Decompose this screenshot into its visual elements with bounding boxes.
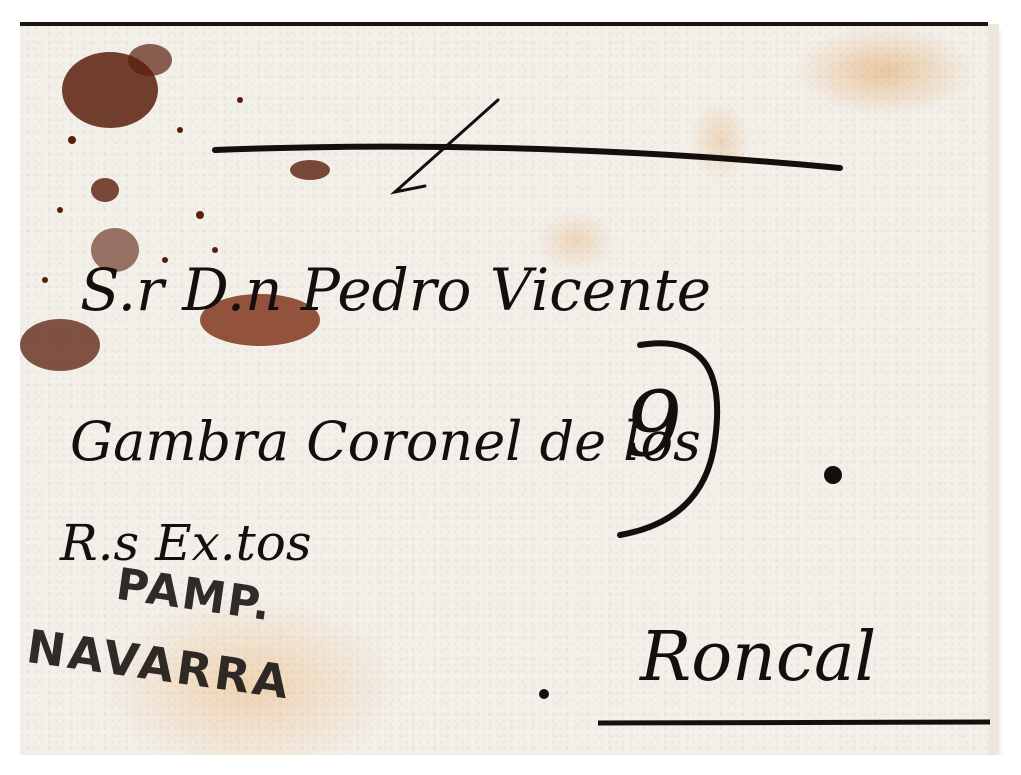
- ink-dot: [824, 466, 842, 484]
- photo-stage: 1 S.r D.n Pedro Vicente Gambra Coronel d…: [0, 0, 1021, 775]
- address-line-2: Gambra Coronel de los: [70, 410, 701, 473]
- charge-mark: 9: [620, 343, 717, 535]
- destination-underline: [598, 722, 990, 723]
- postmark-line-2: NAVARRA: [23, 619, 294, 710]
- rate-mark-text: 1: [470, 119, 471, 121]
- postmark: PAMP. NAVARRA: [23, 548, 304, 710]
- address-line-1: S.r D.n Pedro Vicente: [80, 256, 711, 324]
- charge-mark-text: 9: [625, 372, 682, 477]
- address-line-3: R.s Ex.tos: [59, 514, 312, 572]
- destination-text: Roncal: [638, 618, 876, 697]
- ink-dot-small: [539, 689, 549, 699]
- ink-layer: 1 S.r D.n Pedro Vicente Gambra Coronel d…: [0, 0, 1021, 775]
